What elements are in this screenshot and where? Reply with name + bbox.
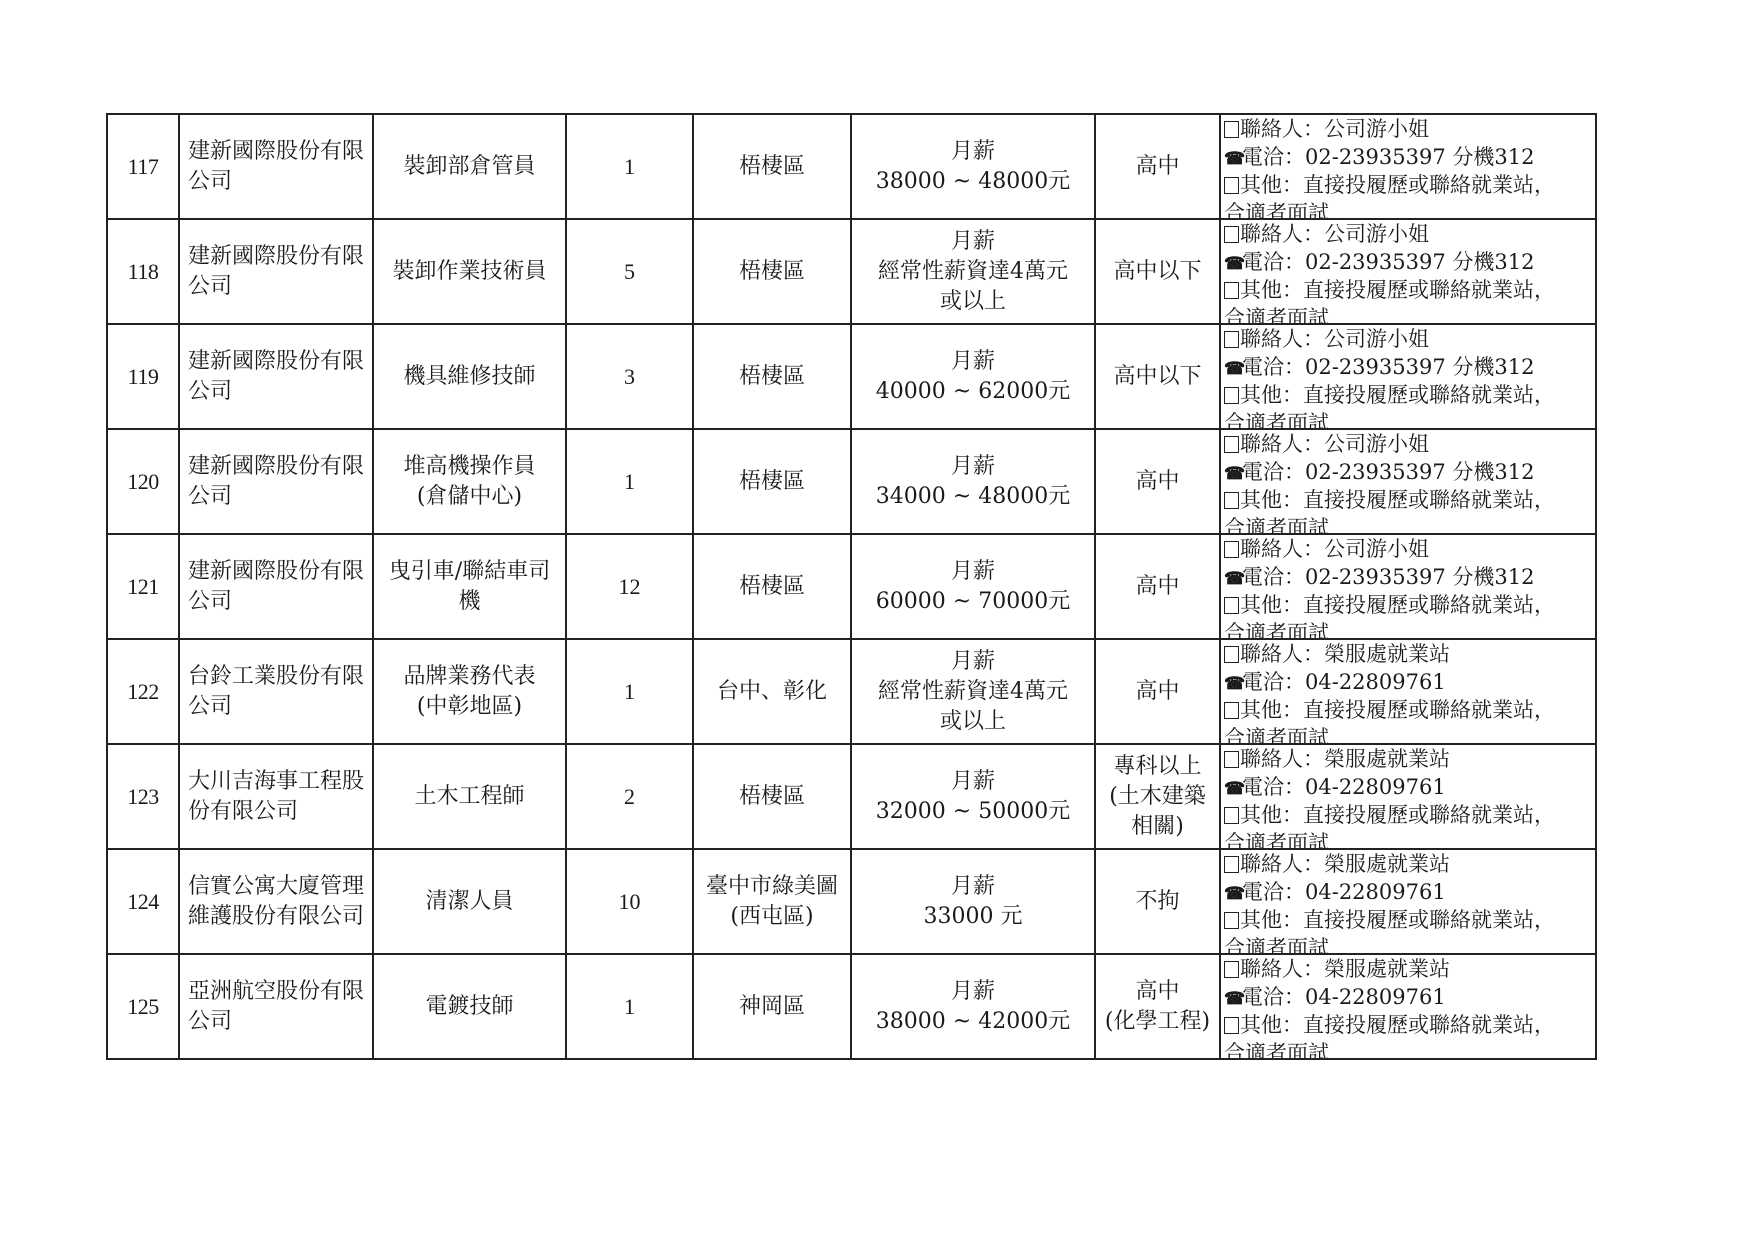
row-number: 123 <box>107 744 179 849</box>
other-value: 直接投履歷或聯絡就業站， <box>1303 1013 1555 1037</box>
phone-value: 04-22809761 <box>1305 775 1446 799</box>
phone-value: 02-23935397 分機312 <box>1305 145 1534 169</box>
job-title: 清潔人員 <box>373 849 566 954</box>
education-requirement-line: 高中 <box>1096 677 1219 707</box>
work-area-line: 台中、彰化 <box>694 677 850 707</box>
company-name: 建新國際股份有限公司 <box>179 534 373 639</box>
job-title: 裝卸部倉管員 <box>373 114 566 219</box>
salary-line: 月薪 <box>852 452 1094 482</box>
company-name-text: 建新國際股份有限公司 <box>184 242 372 302</box>
other-value: 直接投履歷或聯絡就業站， <box>1303 803 1555 827</box>
phone-line: ☎電洽：04-22809761 <box>1224 983 1595 1011</box>
job-title-line: 裝卸部倉管員 <box>374 152 565 182</box>
phone-line: ☎電洽：04-22809761 <box>1224 773 1595 801</box>
phone-value: 02-23935397 分機312 <box>1305 355 1534 379</box>
contact-person-line: 聯絡人：榮服處就業站 <box>1224 745 1595 773</box>
openings-count: 10 <box>566 849 693 954</box>
contact-person-label: 聯絡人： <box>1240 642 1324 666</box>
salary-line: 32000 ~ 50000元 <box>852 797 1094 827</box>
other-value-continued: 合適者面試 <box>1224 621 1329 638</box>
other-line: 其他：直接投履歷或聯絡就業站， <box>1224 696 1595 724</box>
job-title-line: 堆高機操作員 <box>374 452 565 482</box>
document-page: 117 建新國際股份有限公司 裝卸部倉管員 1 梧棲區 月薪38000 ~ 48… <box>0 0 1755 1241</box>
row-number: 119 <box>107 324 179 429</box>
education-requirement: 不拘 <box>1095 849 1220 954</box>
company-name: 建新國際股份有限公司 <box>179 114 373 219</box>
company-name: 大川吉海事工程股份有限公司 <box>179 744 373 849</box>
contact-info: 聯絡人：公司游小姐 ☎電洽：02-23935397 分機312 其他：直接投履歷… <box>1220 324 1596 429</box>
other-line-continued: 合適者面試 <box>1224 619 1595 638</box>
phone-line: ☎電洽：02-23935397 分機312 <box>1224 248 1595 276</box>
salary: 月薪經常性薪資達4萬元或以上 <box>851 639 1095 744</box>
education-requirement: 高中 <box>1095 534 1220 639</box>
other-value: 直接投履歷或聯絡就業站， <box>1303 593 1555 617</box>
contact-info: 聯絡人：榮服處就業站 ☎電洽：04-22809761 其他：直接投履歷或聯絡就業… <box>1220 744 1596 849</box>
education-requirement: 專科以上(土木建築相關) <box>1095 744 1220 849</box>
salary-line: 經常性薪資達4萬元 <box>852 677 1094 707</box>
checkbox-icon <box>1224 436 1239 453</box>
other-line-continued: 合適者面試 <box>1224 934 1595 953</box>
salary-line: 34000 ~ 48000元 <box>852 482 1094 512</box>
phone-label: 電洽： <box>1242 985 1305 1009</box>
contact-info: 聯絡人：榮服處就業站 ☎電洽：04-22809761 其他：直接投履歷或聯絡就業… <box>1220 849 1596 954</box>
phone-label: 電洽： <box>1242 565 1305 589</box>
salary: 月薪38000 ~ 42000元 <box>851 954 1095 1059</box>
checkbox-icon <box>1224 807 1239 824</box>
openings-count: 5 <box>566 219 693 324</box>
salary-line: 38000 ~ 42000元 <box>852 1007 1094 1037</box>
work-area-line: (西屯區) <box>694 902 850 932</box>
job-listing-table: 117 建新國際股份有限公司 裝卸部倉管員 1 梧棲區 月薪38000 ~ 48… <box>106 113 1597 1060</box>
contact-person-value: 榮服處就業站 <box>1324 957 1450 981</box>
phone-label: 電洽： <box>1242 670 1305 694</box>
contact-person-value: 公司游小姐 <box>1324 432 1429 456</box>
other-value-continued: 合適者面試 <box>1224 411 1329 428</box>
table-row: 121 建新國際股份有限公司 曳引車/聯結車司機 12 梧棲區 月薪60000 … <box>107 534 1596 639</box>
contact-info: 聯絡人：榮服處就業站 ☎電洽：04-22809761 其他：直接投履歷或聯絡就業… <box>1220 639 1596 744</box>
row-number: 122 <box>107 639 179 744</box>
phone-label: 電洽： <box>1242 145 1305 169</box>
other-line-continued: 合適者面試 <box>1224 304 1595 323</box>
other-line-continued: 合適者面試 <box>1224 409 1595 428</box>
other-line: 其他：直接投履歷或聯絡就業站， <box>1224 591 1595 619</box>
openings-count: 1 <box>566 639 693 744</box>
company-name-text: 建新國際股份有限公司 <box>184 557 372 617</box>
education-requirement-line: 高中 <box>1096 467 1219 497</box>
other-value: 直接投履歷或聯絡就業站， <box>1303 383 1555 407</box>
checkbox-icon <box>1224 387 1239 404</box>
company-name: 建新國際股份有限公司 <box>179 219 373 324</box>
phone-icon: ☎ <box>1224 145 1241 173</box>
phone-line: ☎電洽：02-23935397 分機312 <box>1224 458 1595 486</box>
job-title-line: 清潔人員 <box>374 887 565 917</box>
row-number: 118 <box>107 219 179 324</box>
contact-person-label: 聯絡人： <box>1240 537 1324 561</box>
work-area-line: 梧棲區 <box>694 467 850 497</box>
other-value: 直接投履歷或聯絡就業站， <box>1303 173 1555 197</box>
job-rows: 117 建新國際股份有限公司 裝卸部倉管員 1 梧棲區 月薪38000 ~ 48… <box>107 114 1596 1059</box>
other-value: 直接投履歷或聯絡就業站， <box>1303 488 1555 512</box>
row-number: 121 <box>107 534 179 639</box>
job-title: 裝卸作業技術員 <box>373 219 566 324</box>
row-number-text: 119 <box>128 364 159 389</box>
checkbox-icon <box>1224 751 1239 768</box>
other-value-continued: 合適者面試 <box>1224 726 1329 743</box>
company-name: 建新國際股份有限公司 <box>179 324 373 429</box>
contact-person-value: 榮服處就業站 <box>1324 642 1450 666</box>
other-label: 其他： <box>1240 803 1303 827</box>
other-value-continued: 合適者面試 <box>1224 936 1329 953</box>
company-name: 亞洲航空股份有限公司 <box>179 954 373 1059</box>
contact-person-value: 榮服處就業站 <box>1324 852 1450 876</box>
job-title-line: 電鍍技師 <box>374 992 565 1022</box>
contact-person-value: 公司游小姐 <box>1324 222 1429 246</box>
checkbox-icon <box>1224 492 1239 509</box>
work-area: 神岡區 <box>693 954 851 1059</box>
other-label: 其他： <box>1240 383 1303 407</box>
job-title-line: 機 <box>374 587 565 617</box>
other-line-continued: 合適者面試 <box>1224 514 1595 533</box>
salary-line: 月薪 <box>852 137 1094 167</box>
table-row: 118 建新國際股份有限公司 裝卸作業技術員 5 梧棲區 月薪經常性薪資達4萬元… <box>107 219 1596 324</box>
openings-count-text: 1 <box>624 154 635 179</box>
job-title-line: (中彰地區) <box>374 692 565 722</box>
table-row: 117 建新國際股份有限公司 裝卸部倉管員 1 梧棲區 月薪38000 ~ 48… <box>107 114 1596 219</box>
salary: 月薪33000 元 <box>851 849 1095 954</box>
education-requirement-line: 高中以下 <box>1096 362 1219 392</box>
contact-person-line: 聯絡人：公司游小姐 <box>1224 115 1595 143</box>
contact-person-label: 聯絡人： <box>1240 327 1324 351</box>
row-number: 117 <box>107 114 179 219</box>
other-label: 其他： <box>1240 908 1303 932</box>
job-title: 電鍍技師 <box>373 954 566 1059</box>
contact-person-line: 聯絡人：公司游小姐 <box>1224 220 1595 248</box>
other-line: 其他：直接投履歷或聯絡就業站， <box>1224 171 1595 199</box>
other-label: 其他： <box>1240 173 1303 197</box>
job-title: 土木工程師 <box>373 744 566 849</box>
salary: 月薪34000 ~ 48000元 <box>851 429 1095 534</box>
salary-line: 月薪 <box>852 872 1094 902</box>
table-row: 123 大川吉海事工程股份有限公司 土木工程師 2 梧棲區 月薪32000 ~ … <box>107 744 1596 849</box>
job-title-line: 機具維修技師 <box>374 362 565 392</box>
other-label: 其他： <box>1240 278 1303 302</box>
contact-person-label: 聯絡人： <box>1240 222 1324 246</box>
work-area: 梧棲區 <box>693 429 851 534</box>
contact-person-label: 聯絡人： <box>1240 957 1324 981</box>
checkbox-icon <box>1224 646 1239 663</box>
openings-count: 1 <box>566 114 693 219</box>
row-number-text: 122 <box>127 679 159 704</box>
company-name-text: 台鈴工業股份有限公司 <box>184 662 372 722</box>
phone-icon: ☎ <box>1224 355 1241 383</box>
phone-line: ☎電洽：02-23935397 分機312 <box>1224 353 1595 381</box>
phone-value: 02-23935397 分機312 <box>1305 250 1534 274</box>
education-requirement: 高中(化學工程) <box>1095 954 1220 1059</box>
other-value-continued: 合適者面試 <box>1224 1041 1329 1058</box>
phone-icon: ☎ <box>1224 775 1241 803</box>
education-requirement-line: 專科以上 <box>1096 752 1219 782</box>
job-title-line: 曳引車/聯結車司 <box>374 557 565 587</box>
salary-line: 月薪 <box>852 977 1094 1007</box>
contact-person-line: 聯絡人：榮服處就業站 <box>1224 640 1595 668</box>
contact-person-line: 聯絡人：公司游小姐 <box>1224 325 1595 353</box>
company-name-text: 亞洲航空股份有限公司 <box>184 977 372 1037</box>
education-requirement-line: 高中 <box>1096 977 1219 1007</box>
company-name-text: 建新國際股份有限公司 <box>184 137 372 197</box>
openings-count-text: 1 <box>624 469 635 494</box>
contact-info: 聯絡人：榮服處就業站 ☎電洽：04-22809761 其他：直接投履歷或聯絡就業… <box>1220 954 1596 1059</box>
salary-line: 月薪 <box>852 557 1094 587</box>
openings-count: 3 <box>566 324 693 429</box>
row-number-text: 117 <box>128 154 159 179</box>
company-name-text: 建新國際股份有限公司 <box>184 452 372 512</box>
salary-line: 33000 元 <box>852 902 1094 932</box>
contact-person-label: 聯絡人： <box>1240 117 1324 141</box>
salary: 月薪40000 ~ 62000元 <box>851 324 1095 429</box>
table-row: 120 建新國際股份有限公司 堆高機操作員(倉儲中心) 1 梧棲區 月薪3400… <box>107 429 1596 534</box>
other-line: 其他：直接投履歷或聯絡就業站， <box>1224 276 1595 304</box>
phone-line: ☎電洽：02-23935397 分機312 <box>1224 563 1595 591</box>
contact-person-label: 聯絡人： <box>1240 747 1324 771</box>
education-requirement: 高中 <box>1095 429 1220 534</box>
row-number-text: 123 <box>127 784 159 809</box>
job-title-line: 土木工程師 <box>374 782 565 812</box>
phone-icon: ☎ <box>1224 250 1241 278</box>
contact-person-label: 聯絡人： <box>1240 852 1324 876</box>
job-title-line: 品牌業務代表 <box>374 662 565 692</box>
checkbox-icon <box>1224 912 1239 929</box>
contact-person-line: 聯絡人：榮服處就業站 <box>1224 955 1595 983</box>
other-line: 其他：直接投履歷或聯絡就業站， <box>1224 486 1595 514</box>
salary-line: 月薪 <box>852 647 1094 677</box>
salary-line: 或以上 <box>852 707 1094 737</box>
work-area: 梧棲區 <box>693 114 851 219</box>
work-area: 梧棲區 <box>693 324 851 429</box>
education-requirement: 高中以下 <box>1095 219 1220 324</box>
table-row: 122 台鈴工業股份有限公司 品牌業務代表(中彰地區) 1 台中、彰化 月薪經常… <box>107 639 1596 744</box>
contact-info: 聯絡人：公司游小姐 ☎電洽：02-23935397 分機312 其他：直接投履歷… <box>1220 114 1596 219</box>
contact-person-label: 聯絡人： <box>1240 432 1324 456</box>
work-area: 梧棲區 <box>693 219 851 324</box>
phone-line: ☎電洽：02-23935397 分機312 <box>1224 143 1595 171</box>
other-label: 其他： <box>1240 488 1303 512</box>
checkbox-icon <box>1224 961 1239 978</box>
other-value-continued: 合適者面試 <box>1224 516 1329 533</box>
checkbox-icon <box>1224 282 1239 299</box>
checkbox-icon <box>1224 597 1239 614</box>
other-line-continued: 合適者面試 <box>1224 829 1595 848</box>
company-name: 台鈴工業股份有限公司 <box>179 639 373 744</box>
checkbox-icon <box>1224 541 1239 558</box>
other-line: 其他：直接投履歷或聯絡就業站， <box>1224 381 1595 409</box>
contact-person-value: 榮服處就業站 <box>1324 747 1450 771</box>
other-line: 其他：直接投履歷或聯絡就業站， <box>1224 1011 1595 1039</box>
phone-icon: ☎ <box>1224 670 1241 698</box>
job-title: 機具維修技師 <box>373 324 566 429</box>
other-label: 其他： <box>1240 1013 1303 1037</box>
other-label: 其他： <box>1240 698 1303 722</box>
phone-icon: ☎ <box>1224 460 1241 488</box>
salary-line: 月薪 <box>852 767 1094 797</box>
row-number: 120 <box>107 429 179 534</box>
job-title: 品牌業務代表(中彰地區) <box>373 639 566 744</box>
salary-line: 40000 ~ 62000元 <box>852 377 1094 407</box>
education-requirement-line: 高中以下 <box>1096 257 1219 287</box>
phone-label: 電洽： <box>1242 355 1305 379</box>
checkbox-icon <box>1224 702 1239 719</box>
salary-line: 月薪 <box>852 347 1094 377</box>
company-name-text: 建新國際股份有限公司 <box>184 347 372 407</box>
checkbox-icon <box>1224 177 1239 194</box>
education-requirement-line: (化學工程) <box>1096 1007 1219 1037</box>
company-name: 建新國際股份有限公司 <box>179 429 373 534</box>
phone-line: ☎電洽：04-22809761 <box>1224 878 1595 906</box>
phone-label: 電洽： <box>1242 880 1305 904</box>
phone-value: 04-22809761 <box>1305 880 1446 904</box>
openings-count: 1 <box>566 954 693 1059</box>
work-area-line: 梧棲區 <box>694 362 850 392</box>
openings-count: 2 <box>566 744 693 849</box>
openings-count-text: 2 <box>624 784 635 809</box>
work-area: 台中、彰化 <box>693 639 851 744</box>
work-area: 梧棲區 <box>693 744 851 849</box>
job-title-line: (倉儲中心) <box>374 482 565 512</box>
job-title: 堆高機操作員(倉儲中心) <box>373 429 566 534</box>
work-area-line: 臺中市綠美圖 <box>694 872 850 902</box>
contact-person-line: 聯絡人：公司游小姐 <box>1224 430 1595 458</box>
row-number-text: 121 <box>127 574 159 599</box>
openings-count-text: 1 <box>624 994 635 1019</box>
phone-value: 02-23935397 分機312 <box>1305 460 1534 484</box>
contact-person-value: 公司游小姐 <box>1324 327 1429 351</box>
work-area-line: 梧棲區 <box>694 572 850 602</box>
education-requirement-line: 不拘 <box>1096 887 1219 917</box>
row-number: 125 <box>107 954 179 1059</box>
salary: 月薪經常性薪資達4萬元或以上 <box>851 219 1095 324</box>
phone-icon: ☎ <box>1224 565 1241 593</box>
other-value-continued: 合適者面試 <box>1224 201 1329 218</box>
phone-value: 02-23935397 分機312 <box>1305 565 1534 589</box>
other-value-continued: 合適者面試 <box>1224 831 1329 848</box>
row-number: 124 <box>107 849 179 954</box>
other-value: 直接投履歷或聯絡就業站， <box>1303 698 1555 722</box>
company-name-text: 信實公寓大廈管理維護股份有限公司 <box>184 872 372 932</box>
table-row: 125 亞洲航空股份有限公司 電鍍技師 1 神岡區 月薪38000 ~ 4200… <box>107 954 1596 1059</box>
contact-person-value: 公司游小姐 <box>1324 117 1429 141</box>
contact-person-line: 聯絡人：公司游小姐 <box>1224 535 1595 563</box>
company-name: 信實公寓大廈管理維護股份有限公司 <box>179 849 373 954</box>
contact-info: 聯絡人：公司游小姐 ☎電洽：02-23935397 分機312 其他：直接投履歷… <box>1220 429 1596 534</box>
openings-count: 12 <box>566 534 693 639</box>
education-requirement-line: 相關) <box>1096 812 1219 842</box>
salary: 月薪60000 ~ 70000元 <box>851 534 1095 639</box>
education-requirement-line: 高中 <box>1096 152 1219 182</box>
phone-value: 04-22809761 <box>1305 670 1446 694</box>
work-area: 臺中市綠美圖(西屯區) <box>693 849 851 954</box>
phone-line: ☎電洽：04-22809761 <box>1224 668 1595 696</box>
other-value: 直接投履歷或聯絡就業站， <box>1303 908 1555 932</box>
other-line-continued: 合適者面試 <box>1224 724 1595 743</box>
checkbox-icon <box>1224 1017 1239 1034</box>
education-requirement-line: 高中 <box>1096 572 1219 602</box>
other-line-continued: 合適者面試 <box>1224 199 1595 218</box>
other-line-continued: 合適者面試 <box>1224 1039 1595 1058</box>
table-row: 119 建新國際股份有限公司 機具維修技師 3 梧棲區 月薪40000 ~ 62… <box>107 324 1596 429</box>
openings-count-text: 10 <box>619 889 641 914</box>
work-area-line: 梧棲區 <box>694 782 850 812</box>
checkbox-icon <box>1224 121 1239 138</box>
phone-icon: ☎ <box>1224 985 1241 1013</box>
salary: 月薪32000 ~ 50000元 <box>851 744 1095 849</box>
row-number-text: 124 <box>127 889 159 914</box>
salary-line: 或以上 <box>852 287 1094 317</box>
job-title-line: 裝卸作業技術員 <box>374 257 565 287</box>
row-number-text: 125 <box>127 994 159 1019</box>
row-number-text: 118 <box>128 259 159 284</box>
phone-label: 電洽： <box>1242 460 1305 484</box>
checkbox-icon <box>1224 856 1239 873</box>
salary: 月薪38000 ~ 48000元 <box>851 114 1095 219</box>
openings-count-text: 1 <box>624 679 635 704</box>
contact-person-line: 聯絡人：榮服處就業站 <box>1224 850 1595 878</box>
checkbox-icon <box>1224 331 1239 348</box>
education-requirement-line: (土木建築 <box>1096 782 1219 812</box>
company-name-text: 大川吉海事工程股份有限公司 <box>184 767 372 827</box>
salary-line: 月薪 <box>852 227 1094 257</box>
work-area-line: 梧棲區 <box>694 152 850 182</box>
contact-person-value: 公司游小姐 <box>1324 537 1429 561</box>
work-area-line: 神岡區 <box>694 992 850 1022</box>
education-requirement: 高中 <box>1095 114 1220 219</box>
other-value-continued: 合適者面試 <box>1224 306 1329 323</box>
salary-line: 38000 ~ 48000元 <box>852 167 1094 197</box>
other-line: 其他：直接投履歷或聯絡就業站， <box>1224 801 1595 829</box>
other-value: 直接投履歷或聯絡就業站， <box>1303 278 1555 302</box>
row-number-text: 120 <box>127 469 159 494</box>
work-area: 梧棲區 <box>693 534 851 639</box>
education-requirement: 高中 <box>1095 639 1220 744</box>
work-area-line: 梧棲區 <box>694 257 850 287</box>
job-title: 曳引車/聯結車司機 <box>373 534 566 639</box>
phone-label: 電洽： <box>1242 250 1305 274</box>
phone-label: 電洽： <box>1242 775 1305 799</box>
salary-line: 經常性薪資達4萬元 <box>852 257 1094 287</box>
checkbox-icon <box>1224 226 1239 243</box>
contact-info: 聯絡人：公司游小姐 ☎電洽：02-23935397 分機312 其他：直接投履歷… <box>1220 534 1596 639</box>
other-label: 其他： <box>1240 593 1303 617</box>
contact-info: 聯絡人：公司游小姐 ☎電洽：02-23935397 分機312 其他：直接投履歷… <box>1220 219 1596 324</box>
openings-count-text: 3 <box>624 364 635 389</box>
openings-count-text: 5 <box>624 259 635 284</box>
salary-line: 60000 ~ 70000元 <box>852 587 1094 617</box>
phone-value: 04-22809761 <box>1305 985 1446 1009</box>
phone-icon: ☎ <box>1224 880 1241 908</box>
table-row: 124 信實公寓大廈管理維護股份有限公司 清潔人員 10 臺中市綠美圖(西屯區)… <box>107 849 1596 954</box>
other-line: 其他：直接投履歷或聯絡就業站， <box>1224 906 1595 934</box>
openings-count-text: 12 <box>619 574 641 599</box>
openings-count: 1 <box>566 429 693 534</box>
education-requirement: 高中以下 <box>1095 324 1220 429</box>
